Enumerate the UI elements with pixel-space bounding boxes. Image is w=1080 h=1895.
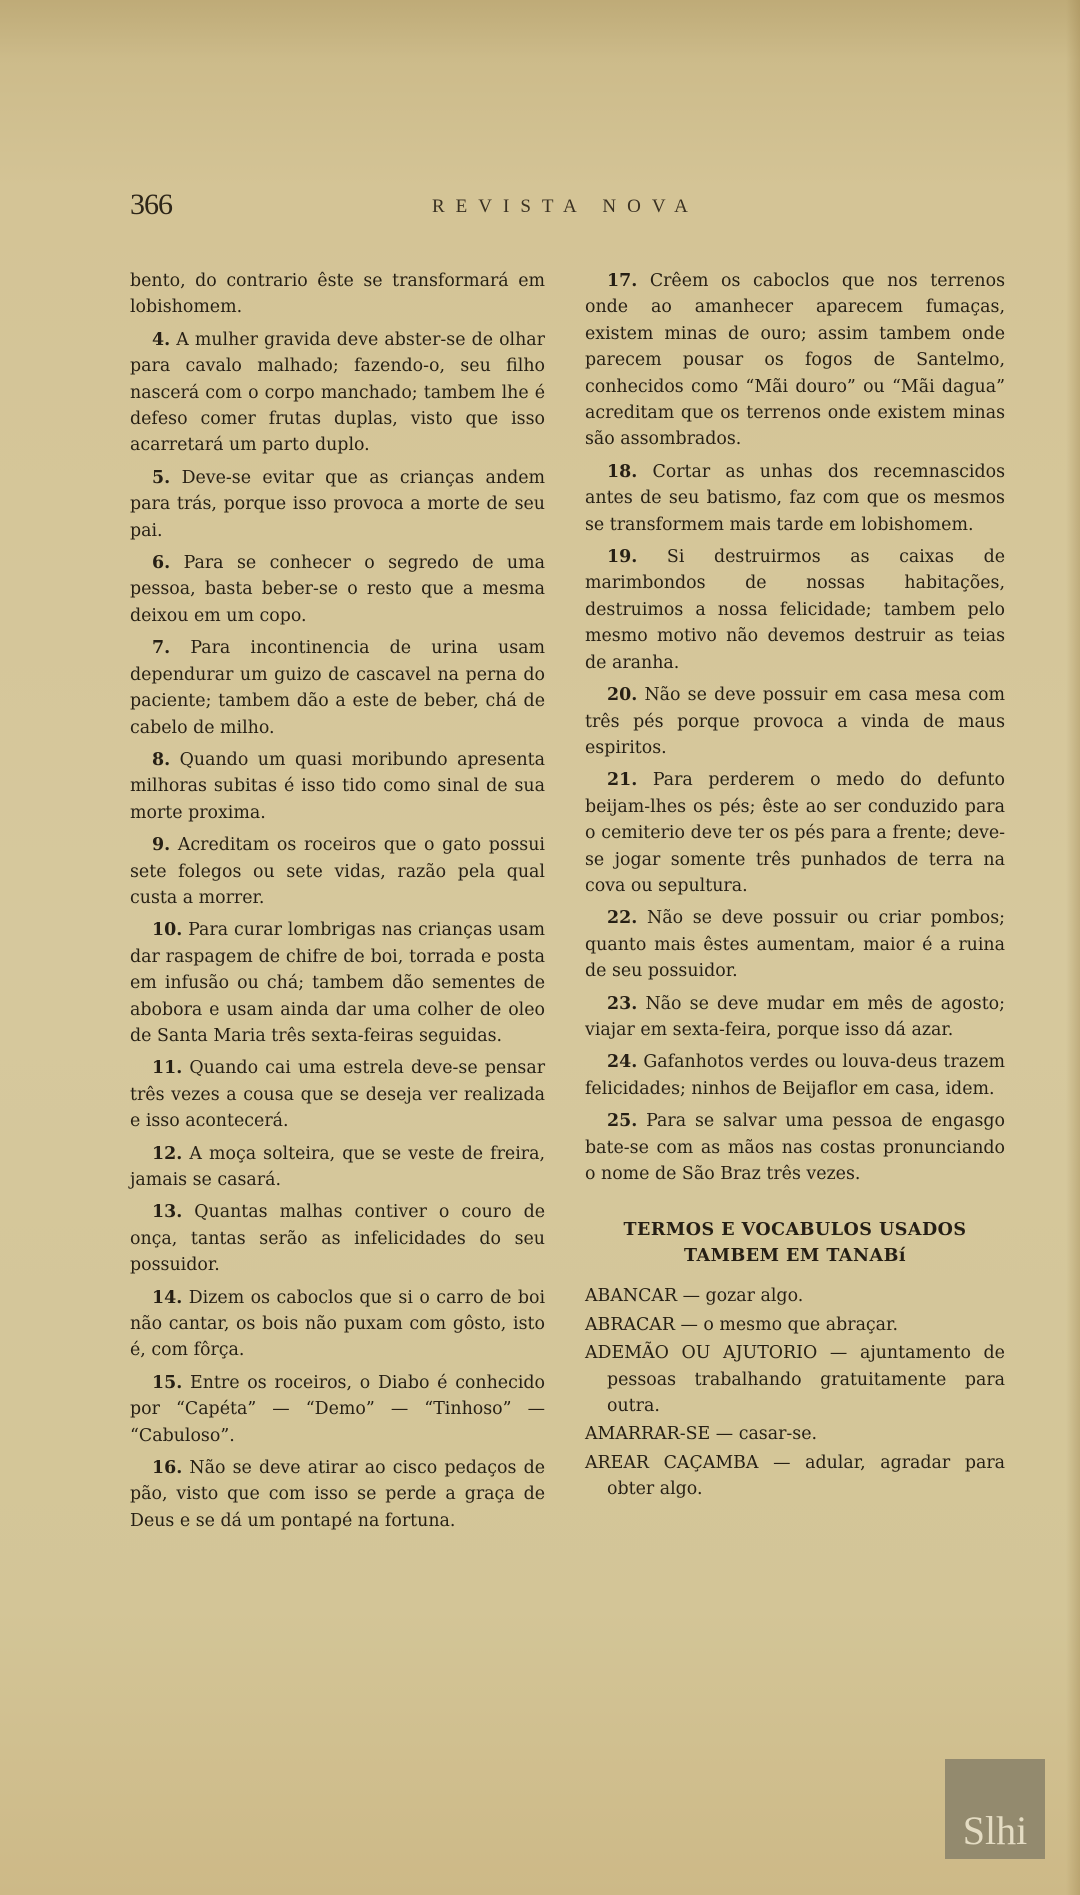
paragraph-5: 5. Deve-se evitar que as crianças andem … (130, 465, 545, 544)
glossary-definition: o mesmo que abraçar. (703, 1315, 898, 1335)
paragraph-9: 9. Acreditam os roceiros que o gato poss… (130, 832, 545, 911)
glossary-term: AREAR CAÇAMBA (585, 1453, 758, 1473)
paragraph-6: 6. Para se conhecer o segredo de uma pes… (130, 550, 545, 629)
left-column: bento, do contrario êste se transformará… (130, 268, 545, 1540)
page-number: 366 (130, 188, 172, 222)
glossary-entry: AREAR CAÇAMBA — adular, agradar para obt… (585, 1450, 1005, 1503)
glossary-entry: AMARRAR-SE — casar-se. (585, 1421, 1005, 1447)
paragraph-25: 25. Para se salvar uma pessoa de engasgo… (585, 1108, 1005, 1187)
section-heading: TERMOS E VOCABULOS USADOS TAMBEM EM TANA… (585, 1217, 1005, 1269)
right-column: 17. Crêem os caboclos que nos terrenos o… (585, 268, 1005, 1505)
paragraph-18: 18. Cortar as unhas dos recemnascidos an… (585, 459, 1005, 538)
paragraph-20: 20. Não se deve possuir em casa mesa com… (585, 682, 1005, 761)
slhi-logo-icon: Slhi (945, 1759, 1045, 1859)
logo-text: Slhi (963, 1811, 1027, 1851)
glossary-definition: casar-se. (739, 1424, 817, 1444)
glossary-entry: ABRACAR — o mesmo que abraçar. (585, 1312, 1005, 1338)
glossary-term: ABRACAR (585, 1315, 675, 1335)
glossary-entry: ADEMÃO OU AJUTORIO — ajuntamento de pess… (585, 1340, 1005, 1419)
paragraph: bento, do contrario êste se transformará… (130, 268, 545, 321)
paragraph-14: 14. Dizem os caboclos que si o carro de … (130, 1285, 545, 1364)
paragraph-17: 17. Crêem os caboclos que nos terrenos o… (585, 268, 1005, 453)
paragraph-16: 16. Não se deve atirar ao cisco pedaços … (130, 1455, 545, 1534)
paragraph-21: 21. Para perderem o medo do defunto beij… (585, 767, 1005, 899)
running-title: REVISTA NOVA (432, 196, 699, 218)
paragraph-7: 7. Para incontinencia de urina usam depe… (130, 635, 545, 741)
glossary-term: AMARRAR-SE (585, 1424, 710, 1444)
page-edge-shadow-top (0, 0, 1080, 60)
glossary-term: ABANCAR (585, 1286, 677, 1306)
paragraph-22: 22. Não se deve possuir ou criar pombos;… (585, 905, 1005, 984)
paragraph-15: 15. Entre os roceiros, o Diabo é conheci… (130, 1370, 545, 1449)
paragraph-4: 4. A mulher gravida deve abster-se de ol… (130, 327, 545, 459)
glossary-entry: ABANCAR — gozar algo. (585, 1283, 1005, 1309)
glossary-term: ADEMÃO OU AJUTORIO (585, 1343, 817, 1363)
paragraph-23: 23. Não se deve mudar em mês de agosto; … (585, 991, 1005, 1044)
paragraph-11: 11. Quando cai uma estrela deve-se pensa… (130, 1055, 545, 1134)
paragraph-24: 24. Gafanhotos verdes ou louva-deus traz… (585, 1049, 1005, 1102)
paragraph-8: 8. Quando um quasi moribundo apresenta m… (130, 747, 545, 826)
glossary-definition: gozar algo. (706, 1286, 804, 1306)
page-edge-shadow-right (1066, 0, 1080, 1895)
paragraph-12: 12. A moça solteira, que se veste de fre… (130, 1141, 545, 1194)
paragraph-13: 13. Quantas malhas contiver o couro de o… (130, 1199, 545, 1278)
paragraph-10: 10. Para curar lombrigas nas crianças us… (130, 917, 545, 1049)
paragraph-19: 19. Si destruirmos as caixas de marimbon… (585, 544, 1005, 676)
page-header: 366 REVISTA NOVA (130, 188, 1010, 228)
